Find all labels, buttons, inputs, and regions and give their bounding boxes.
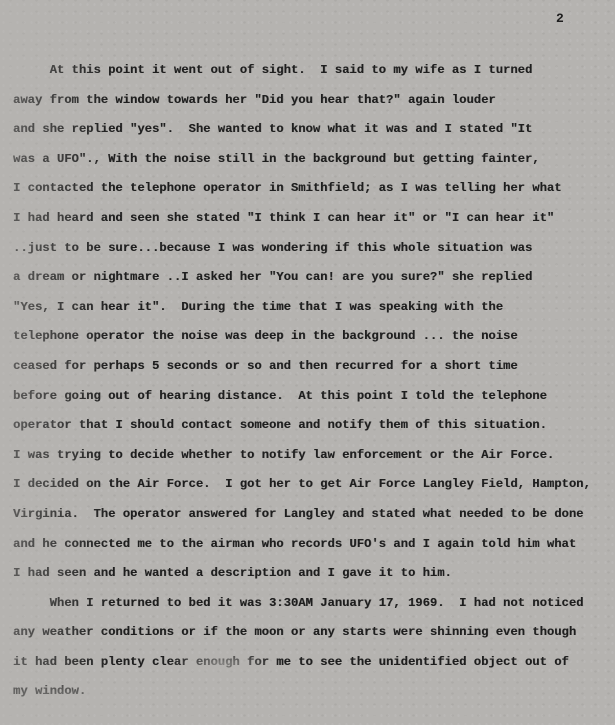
text-line: I decided on the Air Force. I got her to… bbox=[13, 470, 613, 500]
text-line: and she replied "yes". She wanted to kno… bbox=[13, 115, 613, 145]
text-line: and he connected me to the airman who re… bbox=[13, 530, 613, 560]
text-line: operator that I should contact someone a… bbox=[13, 411, 613, 441]
text-line: it had been plenty clear enough for me t… bbox=[13, 648, 613, 678]
text-line: before going out of hearing distance. At… bbox=[13, 382, 613, 412]
text-line: away from the window towards her "Did yo… bbox=[13, 86, 613, 116]
text-line: I had heard and seen she stated "I think… bbox=[13, 204, 613, 234]
document-page: 2 At this point it went out of sight. I … bbox=[0, 0, 615, 725]
text-line: "Yes, I can hear it". During the time th… bbox=[13, 293, 613, 323]
page-number: 2 bbox=[556, 11, 564, 26]
text-line: telephone operator the noise was deep in… bbox=[13, 322, 613, 352]
text-line: I contacted the telephone operator in Sm… bbox=[13, 174, 613, 204]
text-line: When I returned to bed it was 3:30AM Jan… bbox=[13, 589, 613, 619]
text-line: I was trying to decide whether to notify… bbox=[13, 441, 613, 471]
text-line: a dream or nightmare ..I asked her "You … bbox=[13, 263, 613, 293]
text-line: ..just to be sure...because I was wonder… bbox=[13, 234, 613, 264]
text-line: Virginia. The operator answered for Lang… bbox=[13, 500, 613, 530]
letter-body: At this point it went out of sight. I sa… bbox=[13, 56, 613, 707]
text-line: was a UFO"., With the noise still in the… bbox=[13, 145, 613, 175]
text-line: my window. bbox=[13, 677, 613, 707]
text-line: I had seen and he wanted a description a… bbox=[13, 559, 613, 589]
text-line: At this point it went out of sight. I sa… bbox=[13, 56, 613, 86]
text-line: any weather conditions or if the moon or… bbox=[13, 618, 613, 648]
text-line: ceased for perhaps 5 seconds or so and t… bbox=[13, 352, 613, 382]
